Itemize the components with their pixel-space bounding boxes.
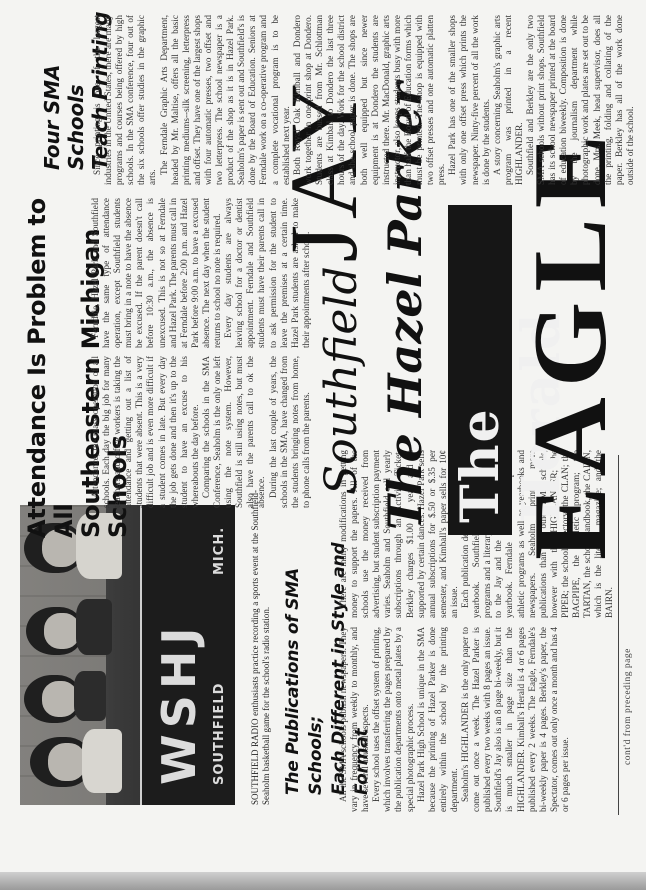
attendance-headline-line1: Attendance Is Problem to All <box>24 198 78 538</box>
photo-shirt <box>76 599 112 655</box>
paragraph: Both Royal Oak Kimball and Dondero work … <box>292 15 447 185</box>
sign-state: MICH. <box>212 527 227 575</box>
wshj-sign: WSHJ SOUTHFIELD MICH. <box>140 505 235 805</box>
continued-note: cont'd from preceding page <box>623 648 633 765</box>
eagle-masthead: EAGLE <box>510 125 631 560</box>
sign-call-letters: WSHJ <box>152 622 206 785</box>
photo-face <box>48 743 86 781</box>
publications-column-1: All the SMA schools publish newspapers. … <box>338 627 571 812</box>
paragraph: Attendance, the mass operation of all sc… <box>90 356 201 508</box>
paragraph: A story concerning Seaholm's graphic art… <box>492 15 525 185</box>
radio-station-photo: WSHJ SOUTHFIELD MICH. <box>20 505 235 805</box>
paragraph: The Ferndale Graphic Arts Department, he… <box>159 15 292 185</box>
paragraph: Every school uses the offset system of p… <box>371 627 415 812</box>
photo-face <box>44 613 80 649</box>
printing-column-2: Both Royal Oak Kimball and Dondero work … <box>292 15 636 185</box>
paragraph: Since printing is one of the largest ind… <box>92 15 159 185</box>
photo-caption: SOUTHFIELD RADIO enthusiasts practice re… <box>250 490 272 805</box>
photo-shirt <box>74 671 106 721</box>
paragraph: Hazel Park High School is unique in the … <box>416 627 460 812</box>
paragraph: Southfield and Berkley are the only two … <box>525 15 636 185</box>
paragraph: Comparing the schools in the SMA Confere… <box>201 356 268 508</box>
scanner-edge <box>0 872 646 890</box>
paragraph: All the SMA schools publish newspapers. … <box>338 627 371 812</box>
paragraph: Seaholm's HIGHLANDER is the only paper t… <box>460 627 571 812</box>
newspaper-page: WSHJ SOUTHFIELD MICH. SOUTHFIELD RADIO e… <box>0 0 646 890</box>
paragraph: Hazel Park has one of the smaller shops … <box>447 15 491 185</box>
herald-masthead-band: The Herald <box>448 205 512 535</box>
printing-column-1: Since printing is one of the largest ind… <box>92 15 292 185</box>
paragraph: Ferndale, Hazel Park and Southfield have… <box>90 198 223 348</box>
publications-headline-line1: The Publications of SMA Schools; <box>282 495 328 795</box>
jay-prefix: Southfield <box>316 266 367 495</box>
printing-headline-line1: Four SMA Schools <box>40 0 88 170</box>
photo-face <box>42 681 78 717</box>
sign-city: SOUTHFIELD <box>212 683 227 785</box>
photo-shirt <box>82 729 122 793</box>
